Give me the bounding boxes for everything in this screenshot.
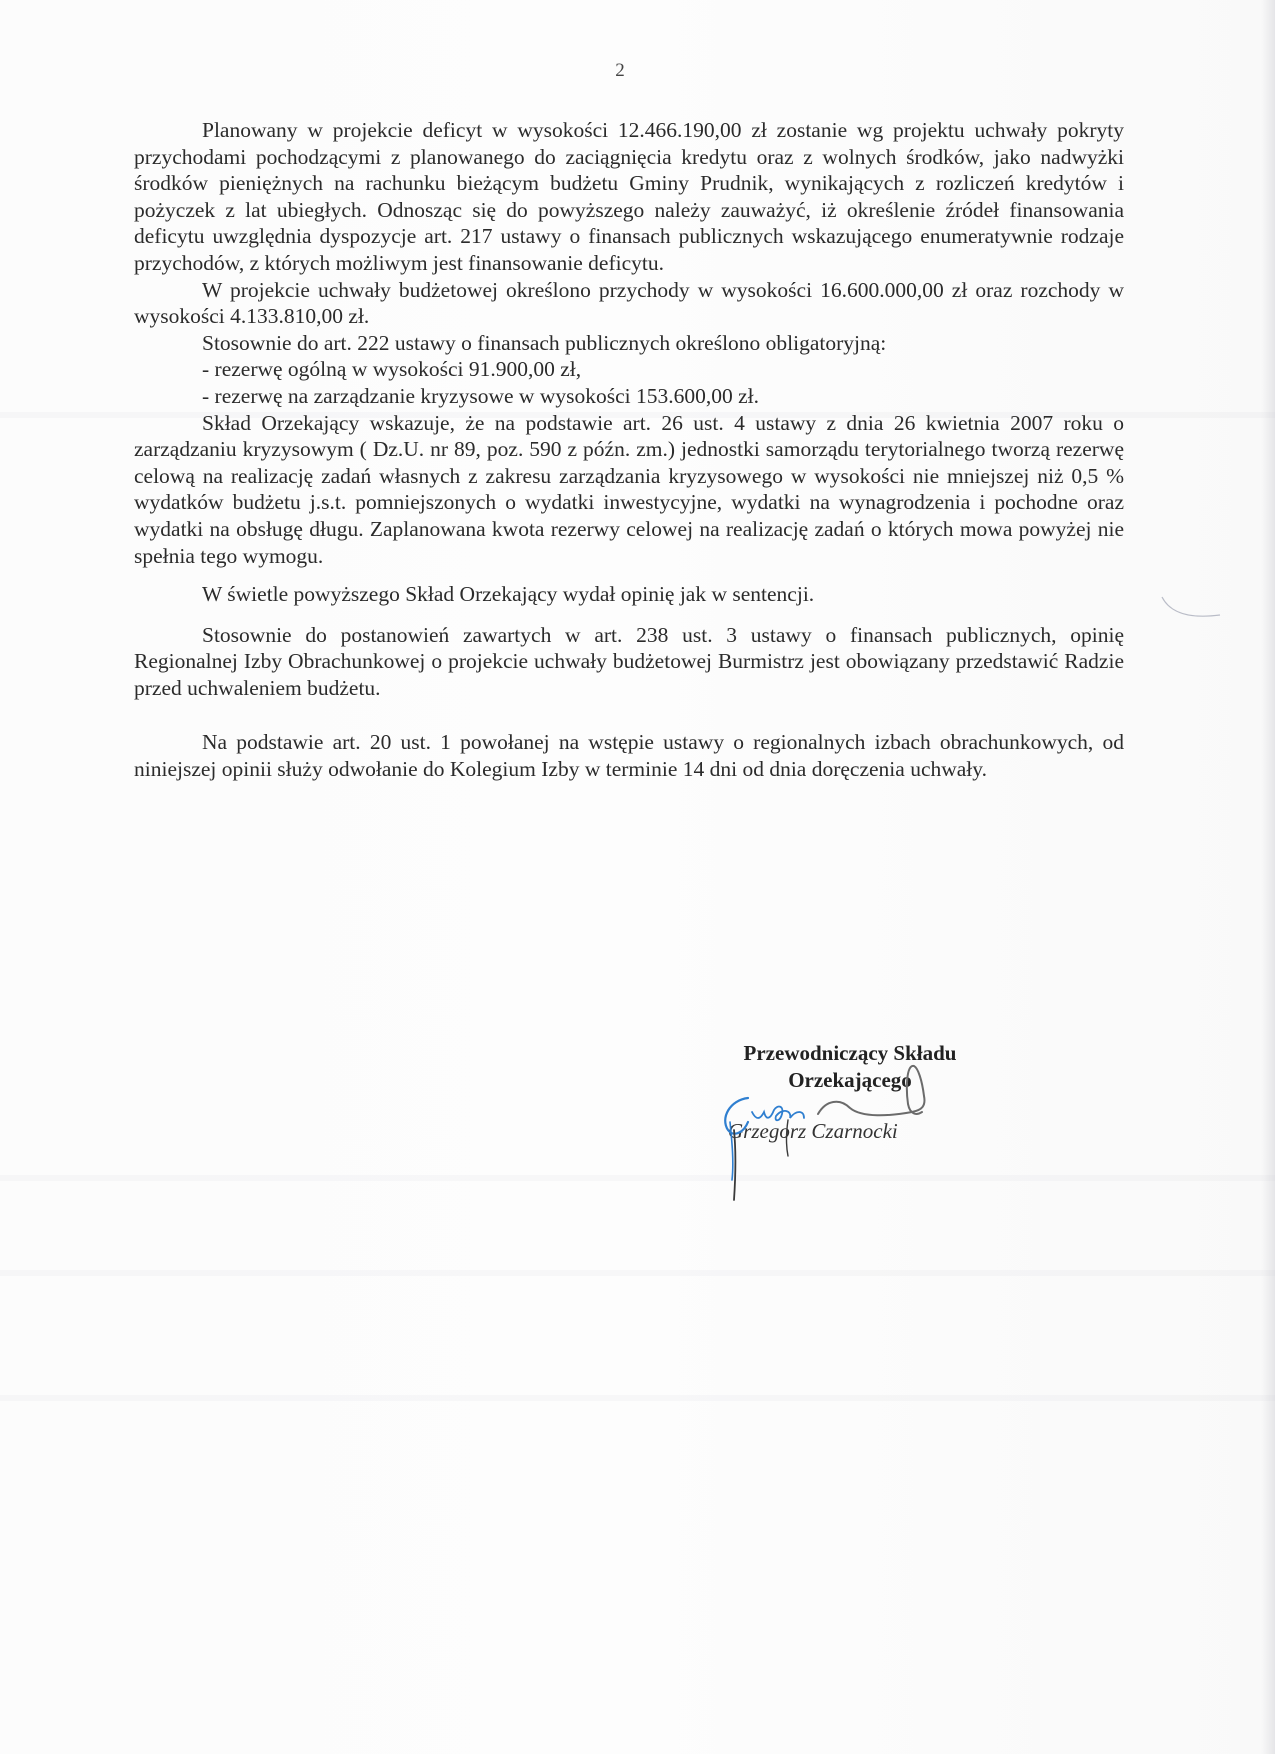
handwritten-signature-icon — [700, 1060, 970, 1230]
paragraph-appeal: Na podstawie art. 20 ust. 1 powołanej na… — [134, 729, 1124, 782]
document-page: 2 Planowany w projekcie deficyt w wysoko… — [0, 0, 1275, 1754]
scan-artifact-curve-icon — [1160, 595, 1230, 625]
reserve-item-general: - rezerwę ogólną w wysokości 91.900,00 z… — [134, 356, 1124, 383]
paragraph-crisis-management: Skład Orzekający wskazuje, że na podstaw… — [134, 410, 1124, 570]
body-text: Planowany w projekcie deficyt w wysokośc… — [134, 117, 1124, 783]
paragraph-conclusion: W świetle powyższego Skład Orzekający wy… — [134, 581, 1124, 608]
show-through-mark — [0, 1395, 1275, 1401]
page-number: 2 — [0, 60, 1240, 82]
paragraph-revenues: W projekcie uchwały budżetowej określono… — [134, 277, 1124, 330]
paragraph-deficit: Planowany w projekcie deficyt w wysokośc… — [134, 117, 1124, 277]
paragraph-reserves-intro: Stosownie do art. 222 ustawy o finansach… — [134, 330, 1124, 357]
show-through-mark — [0, 1270, 1275, 1276]
paragraph-presentation-duty: Stosownie do postanowień zawartych w art… — [134, 622, 1124, 702]
show-through-mark — [0, 1175, 1275, 1181]
scan-edge-shadow — [1261, 0, 1275, 1754]
reserve-item-crisis: - rezerwę na zarządzanie kryzysowe w wys… — [134, 383, 1124, 410]
